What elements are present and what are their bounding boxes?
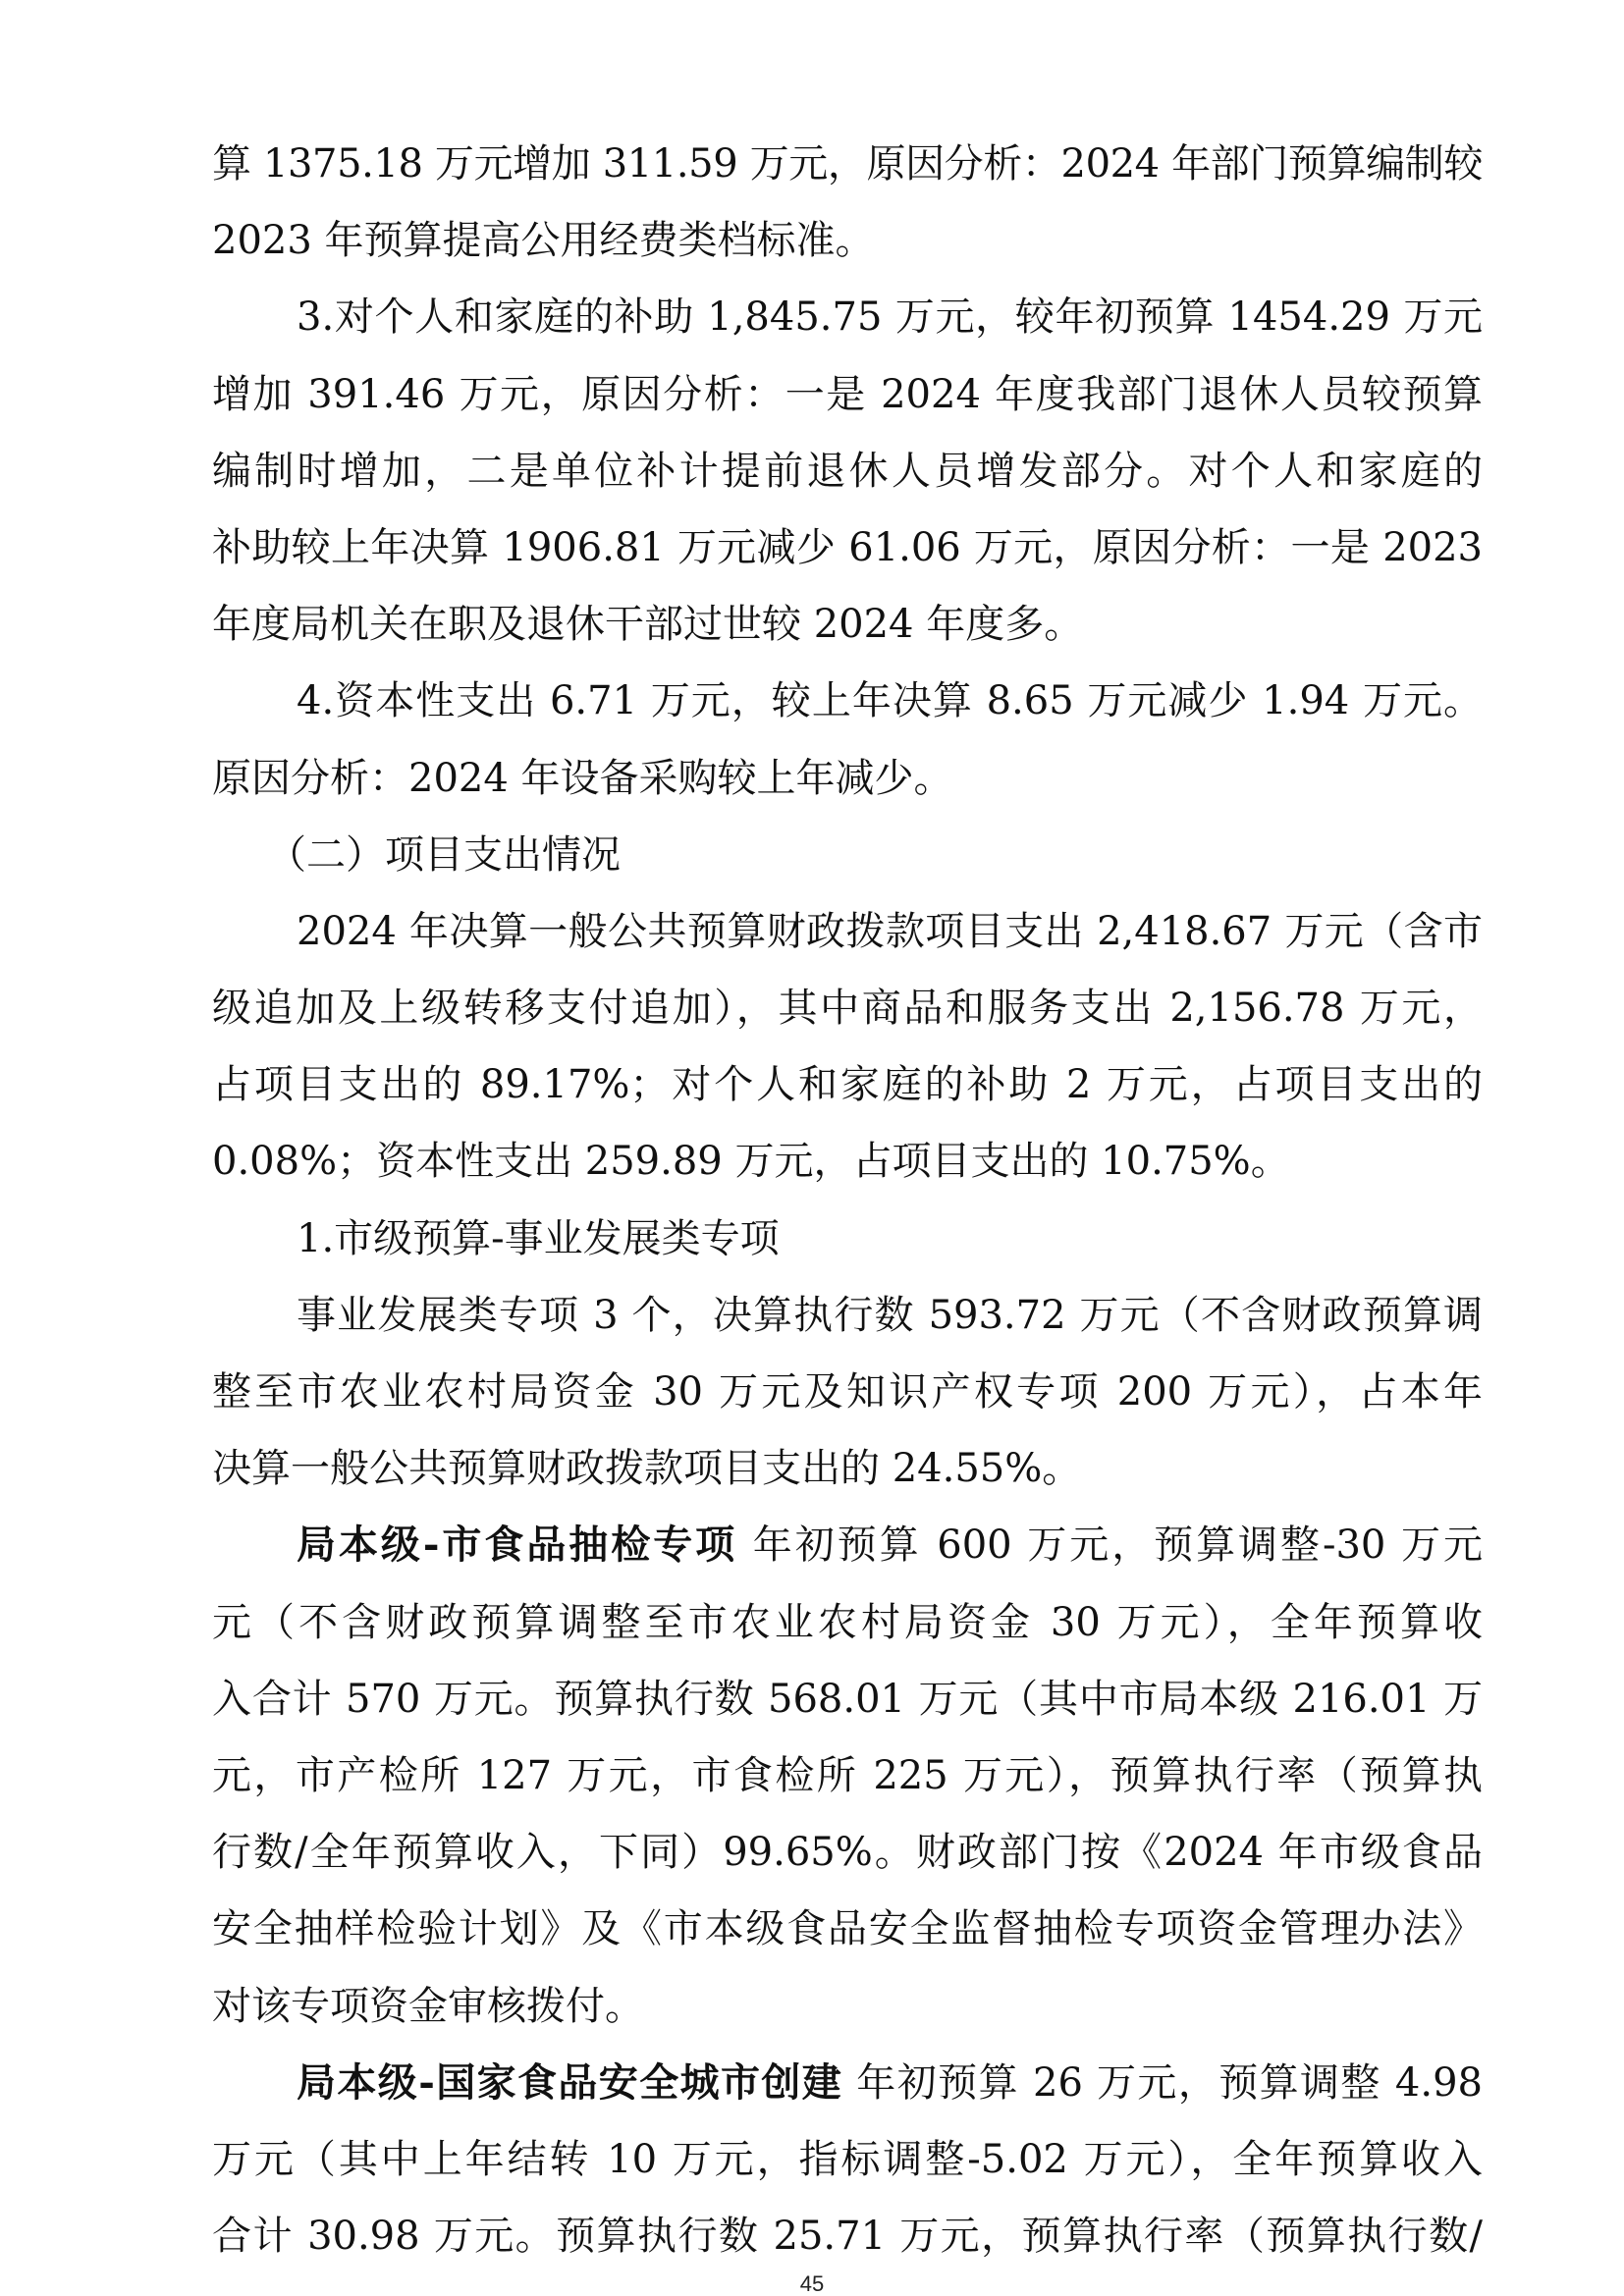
text-line: 0.08%；资本性支出 259.89 万元，占项目支出的 10.75%。 <box>212 1133 1483 1209</box>
line-text: 合计 30.98 万元。预算执行数 25.71 万元，预算执行率（预算执行数/ <box>212 2214 1483 2259</box>
document-page: 算 1375.18 万元增加 311.59 万元，原因分析：2024 年部门预算… <box>0 0 1624 2296</box>
line-text: 级追加及上级转移支付追加），其中商品和服务支出 2,156.78 万元， <box>212 986 1483 1031</box>
line-text: 2024 年决算一般公共预算财政拨款项目支出 2,418.67 万元（含市 <box>297 909 1483 954</box>
line-text: 0.08%；资本性支出 259.89 万元，占项目支出的 10.75%。 <box>212 1139 1290 1184</box>
text-line: 万元（其中上年结转 10 万元，指标调整-5.02 万元），全年预算收入 <box>212 2131 1483 2208</box>
section-heading: （二）项目支出情况 <box>212 827 1483 903</box>
text-line: 补助较上年决算 1906.81 万元减少 61.06 万元，原因分析：一是 20… <box>212 519 1483 596</box>
line-text: 编制时增加，二是单位补计提前退休人员增发部分。对个人和家庭的 <box>212 449 1483 494</box>
text-line: 元（不含财政预算调整至市农业农村局资金 30 万元），全年预算收 <box>212 1594 1483 1671</box>
line-text: 年度局机关在职及退休干部过世较 2024 年度多。 <box>212 602 1083 647</box>
text-line: 局本级-国家食品安全城市创建 年初预算 26 万元，预算调整 4.98 <box>212 2055 1483 2131</box>
text-line: 4.资本性支出 6.71 万元，较上年决算 8.65 万元减少 1.94 万元。 <box>212 672 1483 749</box>
item-title: 局本级-市食品抽检专项 <box>297 1522 737 1568</box>
line-text: 增加 391.46 万元，原因分析：一是 2024 年度我部门退休人员较预算 <box>212 372 1483 417</box>
line-text: 对该专项资金审核拨付。 <box>212 1984 644 2029</box>
line-text: 决算一般公共预算财政拨款项目支出的 24.55%。 <box>212 1446 1081 1491</box>
line-text: 行数/全年预算收入，下同）99.65%。财政部门按《2024 年市级食品 <box>212 1830 1483 1875</box>
text-line: 对该专项资金审核拨付。 <box>212 1978 1483 2055</box>
line-text: 元（不含财政预算调整至市农业农村局资金 30 万元），全年预算收 <box>212 1600 1483 1645</box>
heading-text: （二）项目支出情况 <box>267 832 621 878</box>
text-line: 2023 年预算提高公用经费类档标准。 <box>212 212 1483 289</box>
line-text: 年初预算 600 万元，预算调整-30 万元 <box>737 1522 1483 1568</box>
line-text: 3.对个人和家庭的补助 1,845.75 万元，较年初预算 1454.29 万元 <box>297 294 1483 340</box>
text-line: 级追加及上级转移支付追加），其中商品和服务支出 2,156.78 万元， <box>212 980 1483 1056</box>
line-text: 4.资本性支出 6.71 万元，较上年决算 8.65 万元减少 1.94 万元。 <box>297 678 1483 723</box>
text-line: 3.对个人和家庭的补助 1,845.75 万元，较年初预算 1454.29 万元 <box>212 289 1483 365</box>
line-text: 事业发展类专项 3 个，决算执行数 593.72 万元（不含财政预算调 <box>297 1293 1483 1338</box>
text-line: 原因分析：2024 年设备采购较上年减少。 <box>212 750 1483 827</box>
line-text: 补助较上年决算 1906.81 万元减少 61.06 万元，原因分析：一是 20… <box>212 525 1483 570</box>
item-title: 局本级-国家食品安全城市创建 <box>297 2059 842 2106</box>
line-text: 入合计 570 万元。预算执行数 568.01 万元（其中市局本级 216.01… <box>212 1677 1483 1722</box>
line-text: 年初预算 26 万元，预算调整 4.98 <box>842 2060 1483 2106</box>
line-text: 2023 年预算提高公用经费类档标准。 <box>212 218 875 263</box>
line-text: 安全抽样检验计划》及《市本级食品安全监督抽检专项资金管理办法》 <box>212 1906 1483 1951</box>
text-line: 入合计 570 万元。预算执行数 568.01 万元（其中市局本级 216.01… <box>212 1671 1483 1747</box>
line-text: 算 1375.18 万元增加 311.59 万元，原因分析：2024 年部门预算… <box>212 141 1483 187</box>
line-text: 万元（其中上年结转 10 万元，指标调整-5.02 万元），全年预算收入 <box>212 2137 1483 2182</box>
line-text: 整至市农业农村局资金 30 万元及知识产权专项 200 万元），占本年 <box>212 1369 1483 1415</box>
text-line: 元，市产检所 127 万元，市食检所 225 万元），预算执行率（预算执 <box>212 1747 1483 1824</box>
text-line: 安全抽样检验计划》及《市本级食品安全监督抽检专项资金管理办法》 <box>212 1900 1483 1977</box>
text-line: 年度局机关在职及退休干部过世较 2024 年度多。 <box>212 596 1483 672</box>
subsection-heading: 1.市级预算-事业发展类专项 <box>212 1210 1483 1287</box>
text-line: 局本级-市食品抽检专项 年初预算 600 万元，预算调整-30 万元 <box>212 1517 1483 1593</box>
text-line: 事业发展类专项 3 个，决算执行数 593.72 万元（不含财政预算调 <box>212 1287 1483 1363</box>
text-line: 2024 年决算一般公共预算财政拨款项目支出 2,418.67 万元（含市 <box>212 903 1483 980</box>
page-number: 45 <box>0 2271 1624 2296</box>
text-line: 决算一般公共预算财政拨款项目支出的 24.55%。 <box>212 1440 1483 1517</box>
heading-text: 1.市级预算-事业发展类专项 <box>297 1216 780 1261</box>
line-text: 原因分析：2024 年设备采购较上年减少。 <box>212 756 953 801</box>
line-text: 元，市产检所 127 万元，市食检所 225 万元），预算执行率（预算执 <box>212 1753 1483 1798</box>
body-text: 算 1375.18 万元增加 311.59 万元，原因分析：2024 年部门预算… <box>212 135 1483 2284</box>
text-line: 增加 391.46 万元，原因分析：一是 2024 年度我部门退休人员较预算 <box>212 366 1483 443</box>
text-line: 编制时增加，二是单位补计提前退休人员增发部分。对个人和家庭的 <box>212 443 1483 519</box>
text-line: 算 1375.18 万元增加 311.59 万元，原因分析：2024 年部门预算… <box>212 135 1483 212</box>
text-line: 整至市农业农村局资金 30 万元及知识产权专项 200 万元），占本年 <box>212 1363 1483 1440</box>
text-line: 占项目支出的 89.17%；对个人和家庭的补助 2 万元，占项目支出的 <box>212 1056 1483 1133</box>
text-line: 行数/全年预算收入，下同）99.65%。财政部门按《2024 年市级食品 <box>212 1824 1483 1900</box>
line-text: 占项目支出的 89.17%；对个人和家庭的补助 2 万元，占项目支出的 <box>212 1062 1483 1107</box>
